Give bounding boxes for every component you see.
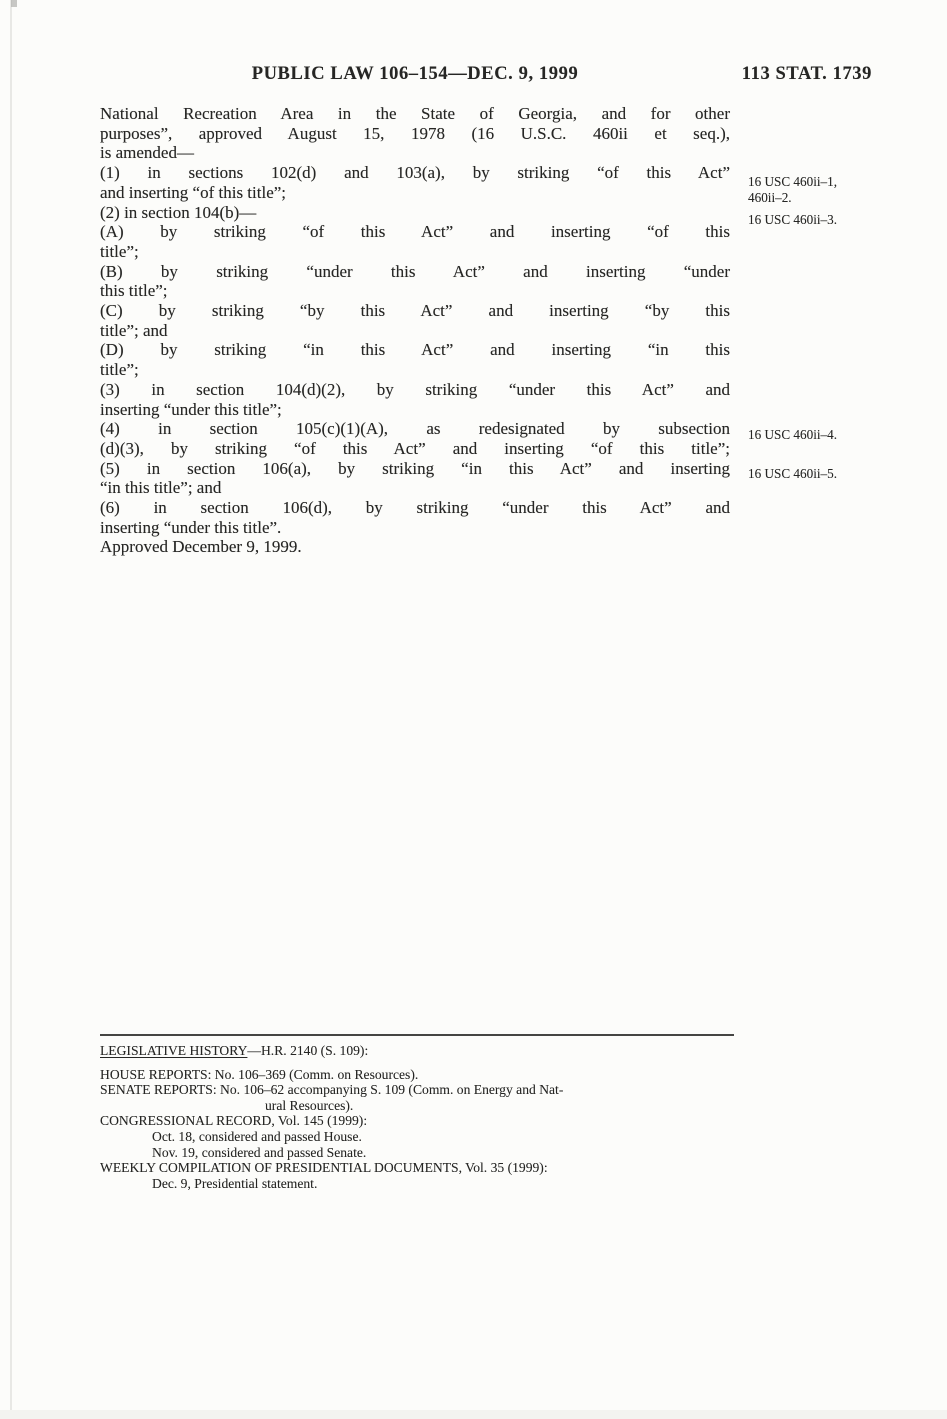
statute-body: National Recreation Area in the State of…: [100, 104, 730, 557]
usc-margin-note: 16 USC 460ii–5.: [748, 466, 888, 482]
congressional-record-item: Oct. 18, considered and passed House.: [100, 1129, 734, 1145]
statute-line: inserting “under this title”.: [100, 518, 730, 538]
scan-bottom-shade: [0, 1410, 947, 1419]
statute-line-subclause-c: (C) by striking “by this Act” and insert…: [100, 301, 730, 321]
approval-line: Approved December 9, 1999.: [100, 537, 730, 557]
statute-line-clause-2: (2) in section 104(b)—: [100, 203, 730, 223]
statute-line-clause-4: (4) in section 105(c)(1)(A), as redesign…: [100, 419, 730, 439]
usc-margin-note-line: 460ii–2.: [748, 190, 888, 206]
usc-margin-note-line: 16 USC 460ii–1,: [748, 174, 888, 190]
weekly-compilation-item: Dec. 9, Presidential statement.: [100, 1176, 734, 1192]
usc-margin-note: 16 USC 460ii–1, 460ii–2.: [748, 174, 888, 206]
statute-line: inserting “under this title”;: [100, 400, 730, 420]
weekly-compilation-entry: WEEKLY COMPILATION OF PRESIDENTIAL DOCUM…: [100, 1160, 734, 1176]
statute-line-clause-3: (3) in section 104(d)(2), by striking “u…: [100, 380, 730, 400]
statute-line: (d)(3), by striking “of this Act” and in…: [100, 439, 730, 459]
statute-line-subclause-d: (D) by striking “in this Act” and insert…: [100, 340, 730, 360]
usc-margin-note: 16 USC 460ii–4.: [748, 427, 888, 443]
statute-line: title”;: [100, 360, 730, 380]
statute-line: purposes”, approved August 15, 1978 (16 …: [100, 124, 730, 144]
running-head-law-title: PUBLIC LAW 106–154—DEC. 9, 1999: [100, 64, 730, 85]
senate-reports-entry-wrap: ural Resources).: [100, 1098, 734, 1114]
house-reports-entry: HOUSE REPORTS: No. 106–369 (Comm. on Res…: [100, 1067, 734, 1083]
statute-line-clause-6: (6) in section 106(d), by striking “unde…: [100, 498, 730, 518]
statute-line: National Recreation Area in the State of…: [100, 104, 730, 124]
divider-rule: [100, 1034, 734, 1036]
senate-reports-entry: SENATE REPORTS: No. 106–62 accompanying …: [100, 1082, 734, 1098]
congressional-record-entry: CONGRESSIONAL RECORD, Vol. 145 (1999):: [100, 1113, 734, 1129]
scan-corner-artifact: [11, 0, 17, 7]
legislative-history-block: LEGISLATIVE HISTORY—H.R. 2140 (S. 109): …: [100, 1034, 734, 1191]
legislative-history-heading-rest: —H.R. 2140 (S. 109):: [247, 1043, 368, 1058]
statute-line: “in this title”; and: [100, 478, 730, 498]
statute-line-clause-1: (1) in sections 102(d) and 103(a), by st…: [100, 163, 730, 183]
legislative-history-heading: LEGISLATIVE HISTORY—H.R. 2140 (S. 109):: [100, 1043, 734, 1059]
statute-line: title”; and: [100, 321, 730, 341]
legislative-history-heading-underlined: LEGISLATIVE HISTORY: [100, 1043, 247, 1058]
statute-line: is amended—: [100, 143, 730, 163]
statute-page: PUBLIC LAW 106–154—DEC. 9, 1999 113 STAT…: [0, 0, 947, 1419]
congressional-record-item: Nov. 19, considered and passed Senate.: [100, 1145, 734, 1161]
statute-line: title”;: [100, 242, 730, 262]
usc-margin-note-line: 16 USC 460ii–3.: [748, 212, 888, 228]
usc-margin-note-line: 16 USC 460ii–4.: [748, 427, 888, 443]
statute-line: and inserting “of this title”;: [100, 183, 730, 203]
statute-line-clause-5: (5) in section 106(a), by striking “in t…: [100, 459, 730, 479]
usc-margin-note-line: 16 USC 460ii–5.: [748, 466, 888, 482]
usc-margin-note: 16 USC 460ii–3.: [748, 212, 888, 228]
statute-line-subclause-b: (B) by striking “under this Act” and ins…: [100, 262, 730, 282]
statute-line-subclause-a: (A) by striking “of this Act” and insert…: [100, 222, 730, 242]
scan-edge-artifact: [10, 0, 12, 1419]
running-head-stat-page: 113 STAT. 1739: [700, 64, 872, 85]
statute-line: this title”;: [100, 281, 730, 301]
